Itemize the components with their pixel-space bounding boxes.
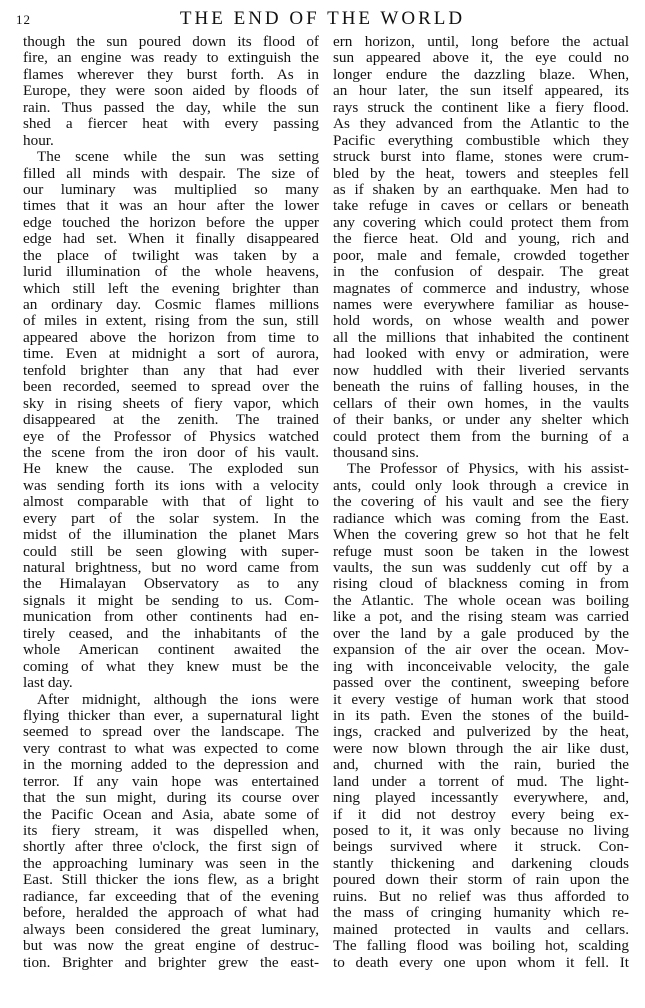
text-line: names were everywhere familiar as house- <box>333 297 629 313</box>
text-line: edge touched the horizon before the uppe… <box>23 215 319 231</box>
text-line: mained protected in vaults and cellars. <box>333 922 629 938</box>
text-line: in its path. Even the stones of the buil… <box>333 708 629 724</box>
text-line: of miles in extent, rising from the sun,… <box>23 313 319 329</box>
text-line: the covering of his vault and see the fi… <box>333 494 629 510</box>
text-line: and, churned with the rain, buried the <box>333 757 629 773</box>
text-line: always been considered the great luminar… <box>23 922 319 938</box>
text-line: appeared above the horizon from time to <box>23 330 319 346</box>
page-header: 12 THE END OF THE WORLD <box>0 8 645 32</box>
text-line: it every vestige of human work that stoo… <box>333 692 629 708</box>
text-line: in the morning added to the depression a… <box>23 757 319 773</box>
text-line: fire, an engine was ready to extinguish … <box>23 50 319 66</box>
text-line: ants, could only look through a crevice … <box>333 478 629 494</box>
text-line: ings, cracked and pulverized by the heat… <box>333 724 629 740</box>
text-line: seemed to spread over the landscape. The <box>23 724 319 740</box>
text-line: expansion of the air over the ocean. Mov… <box>333 642 629 658</box>
text-line: the fierce heat. Old and young, rich and <box>333 231 629 247</box>
text-line: struck burst into flame, stones were cru… <box>333 149 629 165</box>
text-line: tion. Brighter and brighter grew the eas… <box>23 955 319 971</box>
text-line: been recorded, seemed to spread over the <box>23 379 319 395</box>
text-line: beings survived where it struck. Con- <box>333 839 629 855</box>
text-line: natural brightness, but no word came fro… <box>23 560 319 576</box>
text-line: longer endure the dazzling blaze. When, <box>333 67 629 83</box>
text-line: East. Still thicker the ions flew, as a … <box>23 872 319 888</box>
text-line: the Pacific Ocean and Asia, abate some o… <box>23 807 319 823</box>
text-line: He knew the cause. The exploded sun <box>23 461 319 477</box>
text-line: though the sun poured down its flood of <box>23 34 319 50</box>
text-line: poured down their storm of rain upon the <box>333 872 629 888</box>
text-line: tirely ceased, and the inhabitants of th… <box>23 626 319 642</box>
text-line: Pacific everything combustible which the… <box>333 133 629 149</box>
text-line: ing with inconceivable velocity, the gal… <box>333 659 629 675</box>
text-line: ruins. But no relief was thus afforded t… <box>333 889 629 905</box>
text-line: beneath the ruins of falling houses, in … <box>333 379 629 395</box>
text-line: if it did not destroy every being ex- <box>333 807 629 823</box>
text-line: every part of the solar system. In the <box>23 511 319 527</box>
text-line: the scene from the iron door of his vaul… <box>23 445 319 461</box>
text-line: ning played incessantly everywhere, and, <box>333 790 629 806</box>
text-line: the approaching luminary was seen in the <box>23 856 319 872</box>
text-line: like a pot, and the rising steam was car… <box>333 609 629 625</box>
text-line: munication from other continents had en- <box>23 609 319 625</box>
text-line: After midnight, although the ions were <box>23 692 319 708</box>
text-line: the Himalayan Observatory as to any <box>23 576 319 592</box>
text-line: whole American continent awaited the <box>23 642 319 658</box>
text-line: radiance, far exceeding that of the even… <box>23 889 319 905</box>
text-line: were now blown through the air like dust… <box>333 741 629 757</box>
text-line: sky in rising sheets of fiery vapor, whi… <box>23 396 319 412</box>
text-line: rain. Thus passed the day, while the sun <box>23 100 319 116</box>
text-line: passed over the continent, sweeping befo… <box>333 675 629 691</box>
text-line: hour. <box>23 133 319 149</box>
text-line: was sending forth its ions with a veloci… <box>23 478 319 494</box>
text-line: time. Even at midnight a sort of aurora, <box>23 346 319 362</box>
text-line: stantly thickening and darkening clouds <box>333 856 629 872</box>
text-line: could protect them from the burning of a <box>333 429 629 445</box>
text-line: The scene while the sun was setting <box>23 149 319 165</box>
text-line: hold words, on whose wealth and power <box>333 313 629 329</box>
text-line: last day. <box>23 675 319 691</box>
text-line: shortly after three o'clock, the first s… <box>23 839 319 855</box>
text-line: over the land by a gale produced by the <box>333 626 629 642</box>
text-line: lurid illumination of the whole heavens, <box>23 264 319 280</box>
text-line: the Atlantic. The whole ocean was boilin… <box>333 593 629 609</box>
text-line: now huddled with their liveried servants <box>333 363 629 379</box>
text-line: that the sun might, during its course ov… <box>23 790 319 806</box>
text-line: The falling flood was boiling hot, scald… <box>333 938 629 954</box>
text-line: our luminary was multiplied so many <box>23 182 319 198</box>
text-line: take refuge in caves or cellars or benea… <box>333 198 629 214</box>
text-line: could still be seen glowing with super- <box>23 544 319 560</box>
left-column: though the sun poured down its flood off… <box>23 34 319 971</box>
text-line: rising cloud of blackness coming in from <box>333 576 629 592</box>
text-line: When the covering grew so hot that he fe… <box>333 527 629 543</box>
text-line: which still left the evening brighter th… <box>23 281 319 297</box>
text-line: edge had set. When it finally disappeare… <box>23 231 319 247</box>
text-line: cellars of their own homes, in the vault… <box>333 396 629 412</box>
text-line: radiance which was coming from the East. <box>333 511 629 527</box>
text-line: Europe, they were soon aided by floods o… <box>23 83 319 99</box>
text-line: bled by the heat, towers and steeples fe… <box>333 166 629 182</box>
text-line: all the millions that inhabited the cont… <box>333 330 629 346</box>
text-line: ern horizon, until, long before the actu… <box>333 34 629 50</box>
text-line: eye of the Professor of Physics watched <box>23 429 319 445</box>
text-line: sun appeared above it, the eye could no <box>333 50 629 66</box>
text-line: flying thicker than ever, a supernatural… <box>23 708 319 724</box>
text-line: before, heralded the approach of what ha… <box>23 905 319 921</box>
running-title: THE END OF THE WORLD <box>0 8 645 30</box>
text-line: vaults, the sun was suddenly cut off by … <box>333 560 629 576</box>
text-line: land under a torrent of mud. The light- <box>333 774 629 790</box>
text-line: posed to it, it was only because no livi… <box>333 823 629 839</box>
text-line: coming of what they knew must be the <box>23 659 319 675</box>
text-line: but was now the great engine of destruc- <box>23 938 319 954</box>
text-line: The Professor of Physics, with his assis… <box>333 461 629 477</box>
text-line: filled all minds with despair. The size … <box>23 166 319 182</box>
text-line: magnates of commerce and industry, whose <box>333 281 629 297</box>
text-line: its fiery stream, it was dispelled when, <box>23 823 319 839</box>
text-line: signals it might be sending to us. Com- <box>23 593 319 609</box>
text-line: to death every one upon whom it fell. It <box>333 955 629 971</box>
right-column: ern horizon, until, long before the actu… <box>333 34 629 971</box>
text-line: almost comparable with that of light to <box>23 494 319 510</box>
text-line: an hour later, the sun itself appeared, … <box>333 83 629 99</box>
text-line: refuge must soon be taken in the lowest <box>333 544 629 560</box>
text-line: in the confusion of despair. The great <box>333 264 629 280</box>
text-line: the place of twilight was taken by a <box>23 248 319 264</box>
text-line: rays struck the continent like a fiery f… <box>333 100 629 116</box>
text-line: terror. If any vain hope was entertained <box>23 774 319 790</box>
text-line: an ordinary day. Cosmic flames millions <box>23 297 319 313</box>
text-line: times that it was an hour after the lowe… <box>23 198 319 214</box>
text-line: midst of the illumination the planet Mar… <box>23 527 319 543</box>
text-line: had looked with envy or admiration, were <box>333 346 629 362</box>
text-line: flames wherever they burst forth. As in <box>23 67 319 83</box>
text-line: disappeared at the zenith. The trained <box>23 412 319 428</box>
text-line: any covering which could protect them fr… <box>333 215 629 231</box>
text-line: very contrast to what was expected to co… <box>23 741 319 757</box>
text-line: as if shaken by an earthquake. Men had t… <box>333 182 629 198</box>
text-line: poor, male and female, crowded together <box>333 248 629 264</box>
text-line: tenfold brighter than any that had ever <box>23 363 319 379</box>
text-line: the mass of cringing humanity which re- <box>333 905 629 921</box>
text-line: shed a fiercer heat with every passing <box>23 116 319 132</box>
text-line: thousand sins. <box>333 445 629 461</box>
text-line: of their banks, or under any shelter whi… <box>333 412 629 428</box>
text-line: As they advanced from the Atlantic to th… <box>333 116 629 132</box>
